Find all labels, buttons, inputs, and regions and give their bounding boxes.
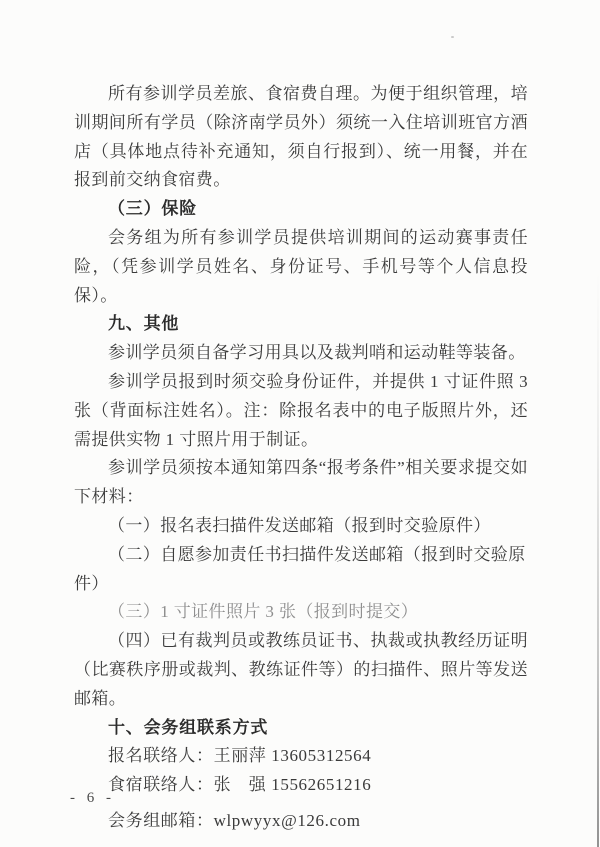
- contact-lodging-liaison: 食宿联络人：张 强 15562651216: [74, 771, 528, 800]
- para-id-photos: 参训学员报到时须交验身份证件，并提供 1 寸证件照 3 张（背面标注姓名）。注：…: [74, 368, 528, 454]
- para-certificates: （四）已有裁判员或教练员证书、执裁或执教经历证明（比赛秩序册或裁判、教练证件等）…: [74, 627, 528, 713]
- heading-insurance: （三）保险: [74, 195, 528, 224]
- page-number: - 6 -: [70, 790, 115, 807]
- contact-email: 会务组邮箱：wlpwyyx@126.com: [74, 807, 528, 836]
- scan-speck-artifact: [451, 36, 454, 38]
- contact-registration-liaison: 报名联络人：王丽萍 13605312564: [74, 742, 528, 771]
- list-item-photos: （三）1 寸证件照片 3 张（报到时提交）: [74, 598, 528, 627]
- list-item-liability-letter: （二）自愿参加责任书扫描件发送邮箱（报到时交验原件）: [74, 541, 528, 599]
- heading-contact-info: 十、会务组联系方式: [74, 714, 528, 743]
- document-body: 所有参训学员差旅、食宿费自理。为便于组织管理，培训期间所有学员（除济南学员外）须…: [74, 80, 528, 836]
- list-item-registration-form: （一）报名表扫描件发送邮箱（报到时交验原件）: [74, 512, 528, 541]
- para-expenses-lodging: 所有参训学员差旅、食宿费自理。为便于组织管理，培训期间所有学员（除济南学员外）须…: [74, 80, 528, 195]
- scan-edge-shadow-artifact: [597, 270, 599, 847]
- para-materials-intro: 参训学员须按本通知第四条“报考条件”相关要求提交如下材料：: [74, 454, 528, 512]
- para-equipment: 参训学员须自备学习用具以及裁判哨和运动鞋等装备。: [74, 339, 528, 368]
- document-page: 所有参训学员差旅、食宿费自理。为便于组织管理，培训期间所有学员（除济南学员外）须…: [0, 0, 600, 847]
- heading-other: 九、其他: [74, 310, 528, 339]
- para-insurance: 会务组为所有参训学员提供培训期间的运动赛事责任险，（凭参训学员姓名、身份证号、手…: [74, 224, 528, 310]
